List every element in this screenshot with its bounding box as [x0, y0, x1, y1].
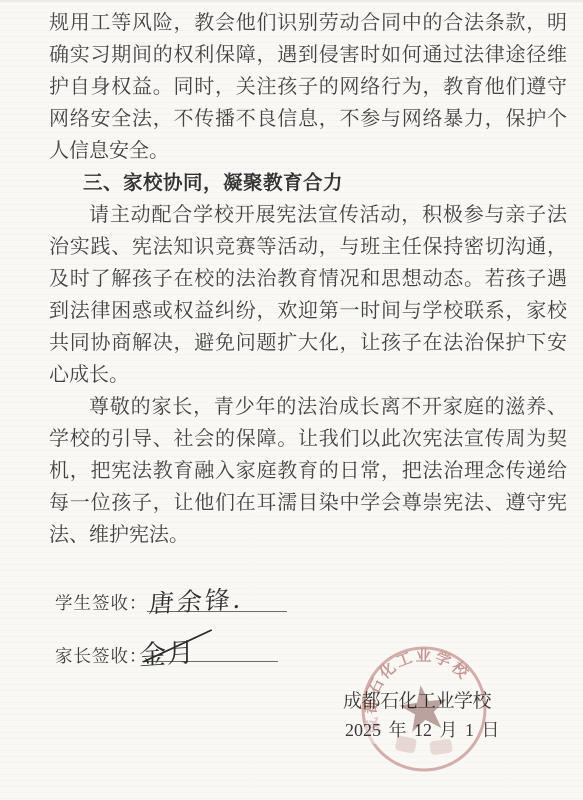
printed-school-name: 成都石化工业学校: [343, 686, 491, 713]
paragraph-closing: 尊敬的家长，青少年的法治成长离不开家庭的滋养、学校的引导、社会的保障。让我们以此…: [49, 391, 567, 551]
parent-sign-label: 家长签收：: [55, 643, 148, 668]
student-signature-handwriting: 唐余锋.: [148, 579, 245, 620]
printed-date: 2025 年 12 月 1 日: [345, 716, 500, 742]
student-sign-label: 学生签收：: [55, 590, 148, 615]
scanned-letter-page: 规用工等风险，教会他们识别劳动合同中的合法条款，明确实习期间的权利保障，遇到侵害…: [0, 0, 583, 800]
letter-body: 规用工等风险，教会他们识别劳动合同中的合法条款，明确实习期间的权利保障，遇到侵害…: [49, 7, 567, 551]
section-heading: 三、家校协同，凝聚教育合力: [49, 167, 567, 199]
paragraph-cooperation: 请主动配合学校开展宪法宣传活动，积极参与亲子法治实践、宪法知识竞赛等活动，与班主…: [49, 199, 567, 391]
paragraph-continued: 规用工等风险，教会他们识别劳动合同中的合法条款，明确实习期间的权利保障，遇到侵害…: [49, 7, 567, 167]
